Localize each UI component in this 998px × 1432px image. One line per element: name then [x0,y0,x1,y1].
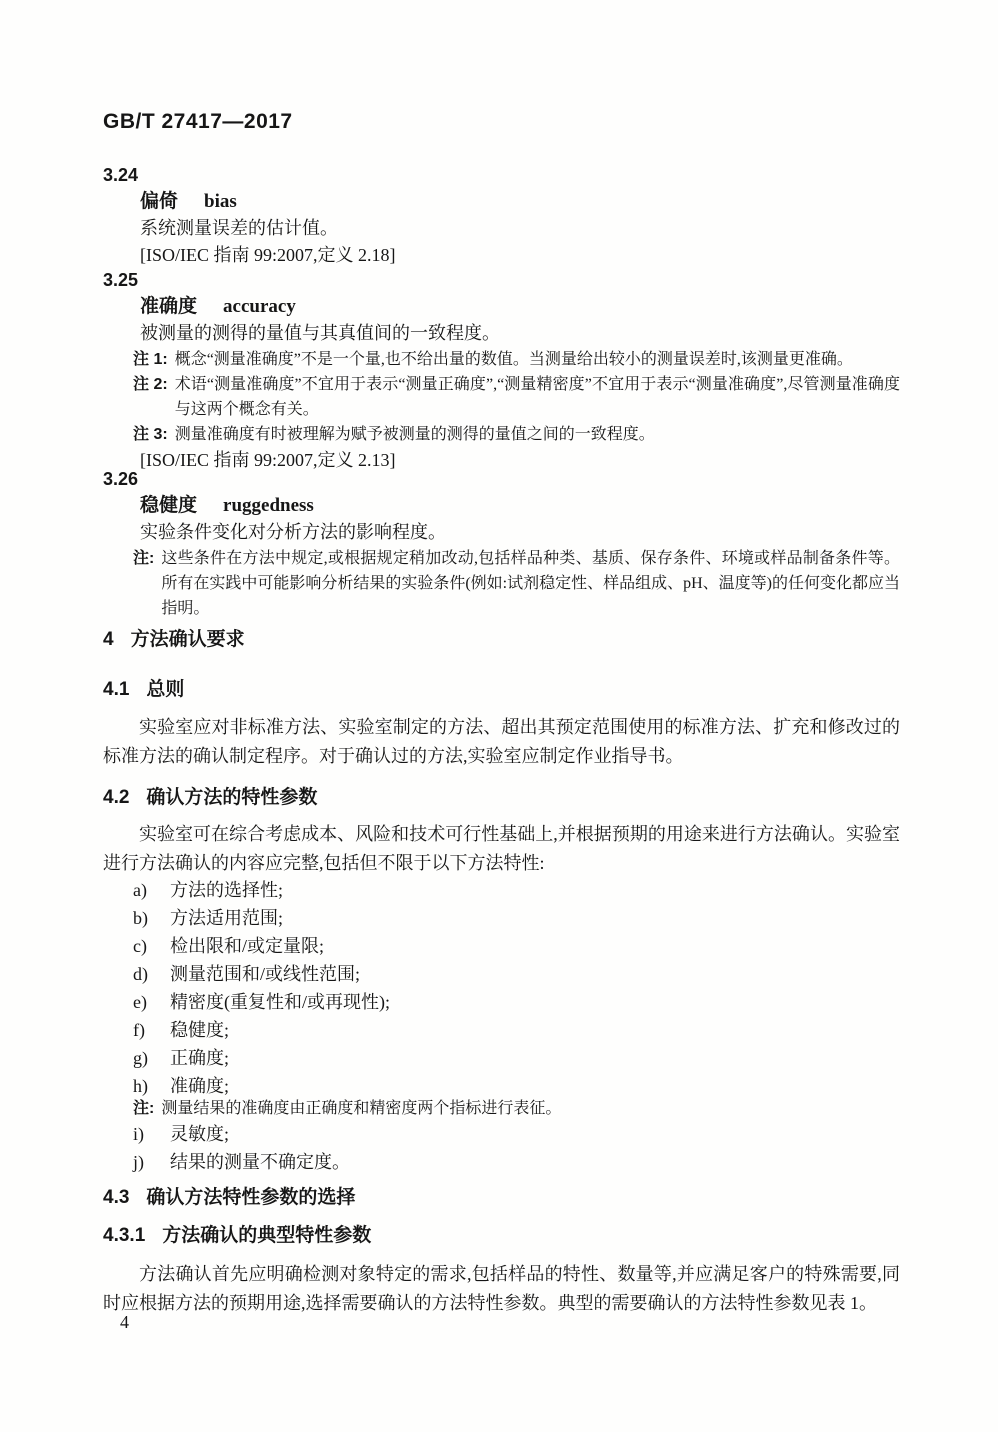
list-item-text: 方法的选择性; [170,876,283,904]
list-item-text: 方法适用范围; [170,904,283,932]
list-item: j)结果的测量不确定度。 [133,1148,900,1176]
list-item: g)正确度; [133,1044,900,1072]
clause-number: 3.24 [103,162,900,188]
note-label: 注: [133,1096,154,1121]
term-line: 准确度accuracy [140,293,900,320]
list-item-label: g) [133,1044,170,1072]
term-line: 偏倚bias [140,188,900,215]
note-text: 测量准确度有时被理解为赋予被测量的测得的量值之间的一致程度。 [175,422,655,447]
list-item-label: f) [133,1016,170,1044]
list-item: d)测量范围和/或线性范围; [133,960,900,988]
list-item-text: 正确度; [170,1044,229,1072]
list-item-text: 结果的测量不确定度。 [170,1148,350,1176]
list-item-label: e) [133,988,170,1016]
list-item-text: 稳健度; [170,1016,229,1044]
note-label: 注 3: [133,422,168,447]
definition-text: 系统测量误差的估计值。 [140,215,900,242]
term-english: accuracy [223,296,296,317]
characteristic-list-i-j: i)灵敏度; j)结果的测量不确定度。 [103,1120,900,1176]
note-text: 这些条件在方法中规定,或根据规定稍加改动,包括样品种类、基质、保存条件、环境或样… [161,546,900,621]
paragraph-4-3-1: 方法确认首先应明确检测对象特定的需求,包括样品的特性、数量等,并应满足客户的特殊… [103,1260,900,1318]
heading-number: 4.1 [103,679,129,700]
note-1: 注 1: 概念“测量准确度”不是一个量,也不给出量的数值。当测量给出较小的测量误… [133,347,900,372]
note-label: 注 2: [133,372,168,422]
list-item: a)方法的选择性; [133,876,900,904]
doc-code-header: GB/T 27417—2017 [103,110,900,134]
note-text: 术语“测量准确度”不宜用于表示“测量正确度”,“测量精密度”不宜用于表示“测量准… [175,372,900,422]
term-english: ruggedness [223,495,314,516]
heading-4: 4方法确认要求 [103,628,900,652]
list-item: f)稳健度; [133,1016,900,1044]
section-3-24: 3.24 偏倚bias 系统测量误差的估计值。 [ISO/IEC 指南 99:2… [103,162,900,269]
heading-title: 确认方法特性参数的选择 [146,1187,355,1208]
list-item-label: b) [133,904,170,932]
heading-number: 4.2 [103,787,129,808]
list-item-label: d) [133,960,170,988]
list-item-text: 检出限和/或定量限; [170,932,324,960]
note-2: 注 2: 术语“测量准确度”不宜用于表示“测量正确度”,“测量精密度”不宜用于表… [133,372,900,422]
clause-number: 3.25 [103,267,900,293]
heading-title: 确认方法的特性参数 [146,787,317,808]
definition-text: 被测量的测得的量值与其真值间的一致程度。 [140,320,900,347]
note-4-2: 注: 测量结果的准确度由正确度和精密度两个指标进行表征。 [133,1096,900,1121]
heading-number: 4 [103,629,114,650]
heading-title: 方法确认要求 [131,629,245,650]
term-chinese: 准确度 [140,296,197,317]
note-3: 注 3: 测量准确度有时被理解为赋予被测量的测得的量值之间的一致程度。 [133,422,900,447]
section-3-26: 3.26 稳健度ruggedness 实验条件变化对分析方法的影响程度。 注: … [103,466,900,621]
heading-number: 4.3 [103,1187,129,1208]
list-item: b)方法适用范围; [133,904,900,932]
list-item-label: c) [133,932,170,960]
list-item-text: 灵敏度; [170,1120,229,1148]
heading-4-2: 4.2确认方法的特性参数 [103,786,900,810]
list-item-label: j) [133,1148,170,1176]
heading-4-1: 4.1总则 [103,678,900,702]
paragraph-4-2: 实验室可在综合考虑成本、风险和技术可行性基础上,并根据预期的用途来进行方法确认。… [103,820,900,878]
term-line: 稳健度ruggedness [140,492,900,519]
heading-number: 4.3.1 [103,1225,145,1246]
heading-title: 方法确认的典型特性参数 [162,1225,371,1246]
list-item: e)精密度(重复性和/或再现性); [133,988,900,1016]
list-item-label: i) [133,1120,170,1148]
definition-text: 实验条件变化对分析方法的影响程度。 [140,519,900,546]
clause-number: 3.26 [103,466,900,492]
list-item-label: a) [133,876,170,904]
paragraph-4-1: 实验室应对非标准方法、实验室制定的方法、超出其预定范围使用的标准方法、扩充和修改… [103,713,900,771]
heading-title: 总则 [146,679,184,700]
note-label: 注 1: [133,347,168,372]
list-item: c)检出限和/或定量限; [133,932,900,960]
section-3-25: 3.25 准确度accuracy 被测量的测得的量值与其真值间的一致程度。 注 … [103,267,900,474]
note-text: 测量结果的准确度由正确度和精密度两个指标进行表征。 [161,1096,561,1121]
document-page: GB/T 27417—2017 3.24 偏倚bias 系统测量误差的估计值。 … [0,0,998,1432]
term-chinese: 稳健度 [140,495,197,516]
list-item: i)灵敏度; [133,1120,900,1148]
page-number: 4 [120,1312,129,1333]
source-reference: [ISO/IEC 指南 99:2007,定义 2.18] [140,242,900,269]
note-text: 概念“测量准确度”不是一个量,也不给出量的数值。当测量给出较小的测量误差时,该测… [175,347,853,372]
characteristic-list-a-h: a)方法的选择性; b)方法适用范围; c)检出限和/或定量限; d)测量范围和… [103,876,900,1100]
note-label: 注: [133,546,154,621]
heading-4-3: 4.3确认方法特性参数的选择 [103,1186,900,1210]
heading-4-3-1: 4.3.1方法确认的典型特性参数 [103,1224,900,1248]
note: 注: 这些条件在方法中规定,或根据规定稍加改动,包括样品种类、基质、保存条件、环… [133,546,900,621]
list-item-text: 测量范围和/或线性范围; [170,960,360,988]
term-english: bias [204,191,237,212]
list-item-text: 精密度(重复性和/或再现性); [170,988,390,1016]
term-chinese: 偏倚 [140,191,178,212]
